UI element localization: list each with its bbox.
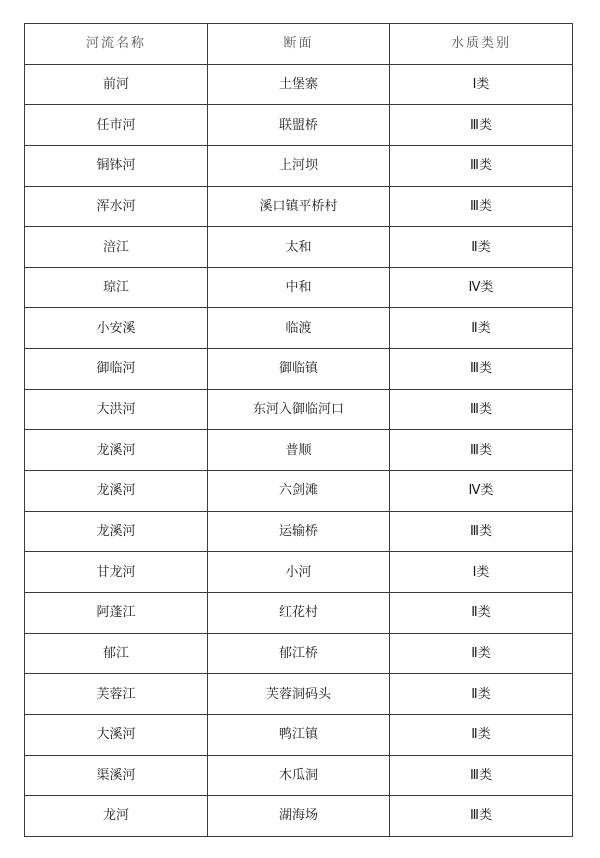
table-row: 甘龙河小河Ⅰ类 [25,552,573,593]
table-row: 琼江中和Ⅳ类 [25,267,573,308]
cell-water-quality-class: Ⅲ类 [390,755,573,796]
cell-water-quality-class: Ⅲ类 [390,105,573,146]
cell-river-name: 大溪河 [25,714,208,755]
header-river-name: 河流名称 [25,24,208,65]
cell-water-quality-class: Ⅲ类 [390,796,573,837]
table-row: 郁江郁江桥Ⅱ类 [25,633,573,674]
table-body: 前河土堡寨Ⅰ类任市河联盟桥Ⅲ类铜钵河上河坝Ⅲ类浑水河溪口镇平桥村Ⅲ类涪江太和Ⅱ类… [25,64,573,836]
cell-river-name: 前河 [25,64,208,105]
cell-section: 郁江桥 [208,633,390,674]
cell-section: 小河 [208,552,390,593]
cell-water-quality-class: Ⅰ类 [390,552,573,593]
cell-river-name: 御临河 [25,349,208,390]
cell-river-name: 小安溪 [25,308,208,349]
table-row: 御临河御临镇Ⅲ类 [25,349,573,390]
table-row: 龙溪河六剑滩Ⅳ类 [25,471,573,512]
cell-river-name: 浑水河 [25,186,208,227]
cell-section: 运输桥 [208,511,390,552]
cell-water-quality-class: Ⅰ类 [390,64,573,105]
table-row: 前河土堡寨Ⅰ类 [25,64,573,105]
cell-water-quality-class: Ⅱ类 [390,227,573,268]
table-row: 大溪河鸭江镇Ⅱ类 [25,714,573,755]
cell-river-name: 龙溪河 [25,511,208,552]
header-section: 断面 [208,24,390,65]
cell-river-name: 铜钵河 [25,145,208,186]
header-water-quality-class: 水质类别 [390,24,573,65]
cell-section: 普顺 [208,430,390,471]
cell-river-name: 琼江 [25,267,208,308]
table-row: 龙河湖海场Ⅲ类 [25,796,573,837]
cell-water-quality-class: Ⅲ类 [390,430,573,471]
cell-section: 中和 [208,267,390,308]
cell-water-quality-class: Ⅲ类 [390,349,573,390]
cell-water-quality-class: Ⅱ类 [390,714,573,755]
cell-section: 鸭江镇 [208,714,390,755]
cell-section: 溪口镇平桥村 [208,186,390,227]
table-row: 龙溪河运输桥Ⅲ类 [25,511,573,552]
cell-river-name: 芙蓉江 [25,674,208,715]
cell-water-quality-class: Ⅲ类 [390,145,573,186]
cell-water-quality-class: Ⅱ类 [390,308,573,349]
cell-river-name: 任市河 [25,105,208,146]
cell-section: 木瓜洞 [208,755,390,796]
cell-water-quality-class: Ⅱ类 [390,633,573,674]
cell-river-name: 涪江 [25,227,208,268]
cell-section: 上河坝 [208,145,390,186]
table-row: 龙溪河普顺Ⅲ类 [25,430,573,471]
cell-section: 东河入御临河口 [208,389,390,430]
cell-river-name: 龙溪河 [25,471,208,512]
table-header-row: 河流名称 断面 水质类别 [25,24,573,65]
cell-section: 湖海场 [208,796,390,837]
cell-river-name: 渠溪河 [25,755,208,796]
cell-water-quality-class: Ⅲ类 [390,511,573,552]
cell-water-quality-class: Ⅲ类 [390,186,573,227]
table-row: 阿蓬江红花村Ⅱ类 [25,592,573,633]
cell-section: 红花村 [208,592,390,633]
table-row: 任市河联盟桥Ⅲ类 [25,105,573,146]
water-quality-table: 河流名称 断面 水质类别 前河土堡寨Ⅰ类任市河联盟桥Ⅲ类铜钵河上河坝Ⅲ类浑水河溪… [24,23,573,837]
cell-water-quality-class: Ⅱ类 [390,674,573,715]
cell-river-name: 龙河 [25,796,208,837]
cell-section: 御临镇 [208,349,390,390]
cell-river-name: 龙溪河 [25,430,208,471]
cell-section: 太和 [208,227,390,268]
table-row: 芙蓉江芙蓉洞码头Ⅱ类 [25,674,573,715]
cell-river-name: 甘龙河 [25,552,208,593]
cell-river-name: 郁江 [25,633,208,674]
cell-section: 临渡 [208,308,390,349]
cell-river-name: 阿蓬江 [25,592,208,633]
table-row: 涪江太和Ⅱ类 [25,227,573,268]
cell-section: 土堡寨 [208,64,390,105]
table-row: 浑水河溪口镇平桥村Ⅲ类 [25,186,573,227]
cell-section: 芙蓉洞码头 [208,674,390,715]
cell-water-quality-class: Ⅳ类 [390,471,573,512]
table-row: 渠溪河木瓜洞Ⅲ类 [25,755,573,796]
table-row: 大洪河东河入御临河口Ⅲ类 [25,389,573,430]
table-row: 小安溪临渡Ⅱ类 [25,308,573,349]
cell-water-quality-class: Ⅳ类 [390,267,573,308]
cell-water-quality-class: Ⅱ类 [390,592,573,633]
cell-section: 联盟桥 [208,105,390,146]
cell-water-quality-class: Ⅲ类 [390,389,573,430]
table-row: 铜钵河上河坝Ⅲ类 [25,145,573,186]
cell-river-name: 大洪河 [25,389,208,430]
cell-section: 六剑滩 [208,471,390,512]
